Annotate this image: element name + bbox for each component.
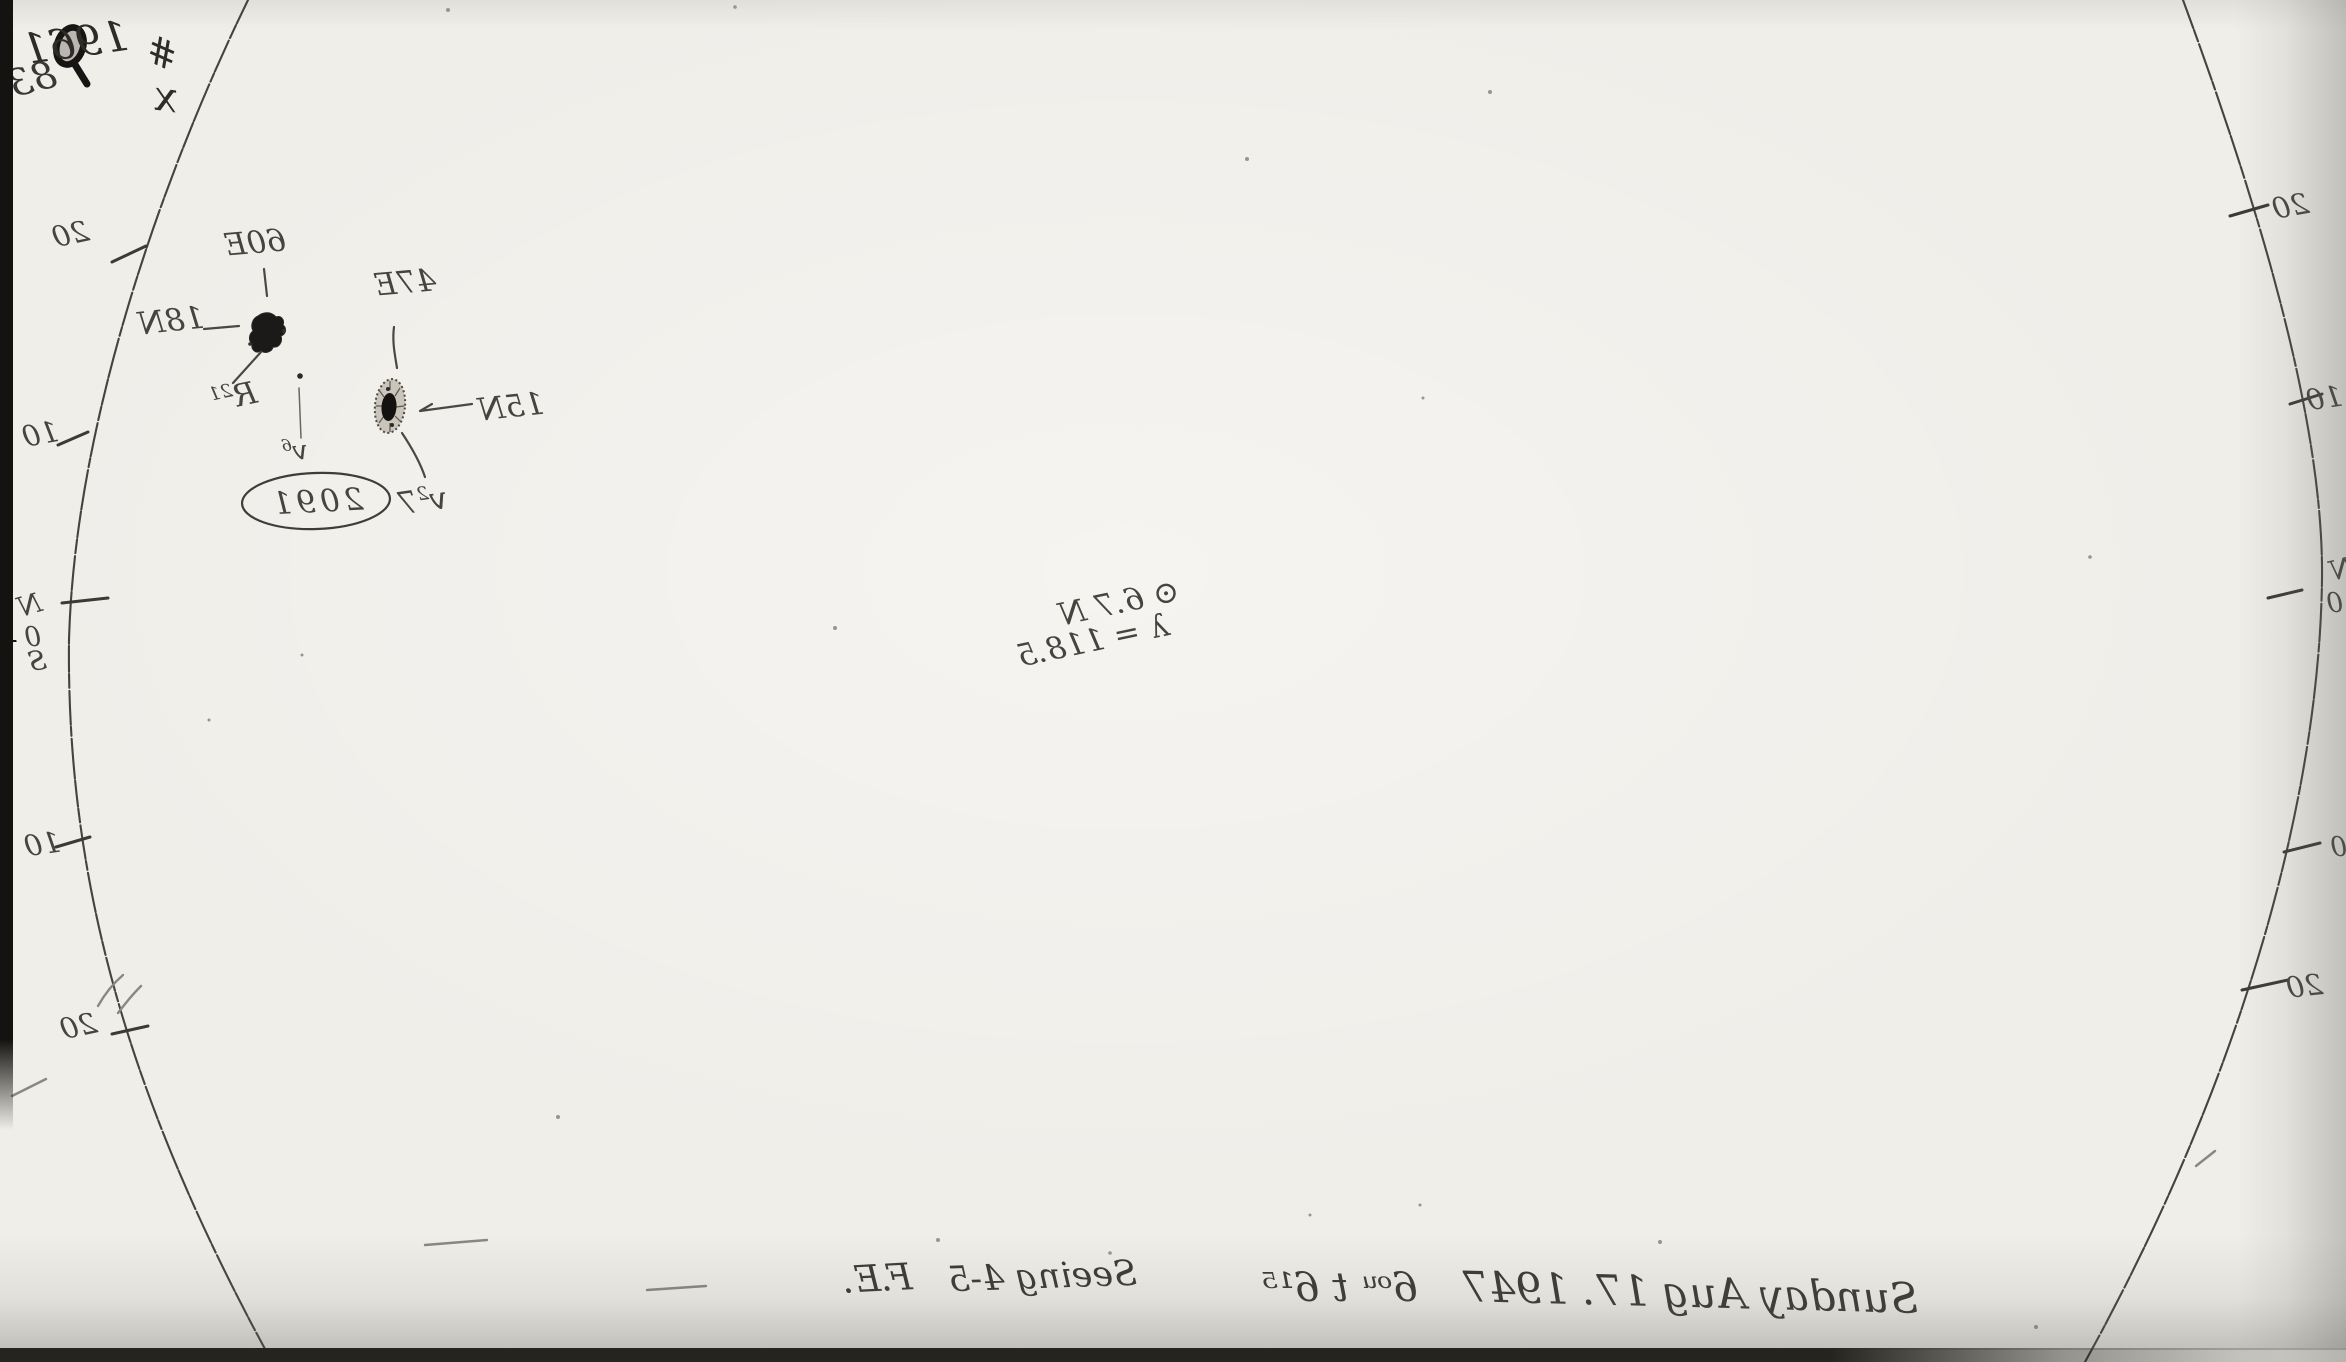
sunspot-a-umbra (249, 313, 285, 353)
group-b-v6-sup: 6 (280, 435, 292, 455)
leader-v6-thin (299, 388, 301, 438)
sunspot-b-dot-top (386, 387, 390, 391)
scan-edge-black-bar (0, 0, 13, 1130)
scanned-solar-drawing-page: 1961 83 # x 20 10 N 0 S E 10 20 20 10 N … (0, 0, 2346, 1362)
scan-shadow-bottom (0, 1235, 2346, 1350)
sunspot-b-dot-bottom (390, 423, 394, 427)
tick-left-20n (112, 246, 146, 262)
group-b-latitude-label: 15N (477, 389, 546, 427)
left-lat-10-north: 10 (20, 417, 61, 452)
smudge-left-lower (98, 975, 123, 1006)
smudge-left-lower-2 (118, 986, 141, 1013)
tick-left-10n (58, 432, 88, 445)
left-lat-20-south: 20 (57, 1008, 99, 1044)
left-lat-10-south: 10 (22, 828, 63, 862)
east-limb-arc (69, 0, 272, 1362)
leader-18N (204, 326, 239, 329)
solar-limb-circle (69, 0, 2322, 1362)
sunspot-group-b (372, 378, 407, 435)
scan-shadow-right (2236, 0, 2346, 1362)
limb-tick-marks (56, 205, 2322, 1034)
left-lat-20-north: 20 (49, 216, 91, 252)
leader-60E (264, 269, 267, 296)
label-leader-lines (204, 269, 472, 477)
sunspot-group-a (248, 313, 286, 353)
group-b-v6-base: v (291, 435, 309, 467)
group-b-longitude-label: 47E (373, 265, 438, 301)
tick-left-0 (62, 598, 108, 603)
sunspot-pore-v6 (297, 373, 303, 379)
tick-left-20s (112, 1026, 148, 1034)
sunspot-a-pore-2 (248, 342, 252, 346)
solar-disk-drawing (0, 0, 2346, 1362)
group-a-longitude-label: 60E (223, 225, 288, 261)
scan-edge-bottom-strip (0, 1348, 2346, 1362)
sunspot-a-pore-1 (282, 329, 286, 333)
leader-15N (420, 404, 472, 411)
tick-right-lower-faint (2196, 1151, 2215, 1166)
group-b-v6-label: v6 (281, 436, 309, 467)
group-a-latitude-label: 18N (137, 303, 206, 341)
leader-v27 (402, 433, 425, 477)
group-number-label: 2091 (267, 485, 364, 521)
leader-47E (393, 327, 397, 368)
group-a-r-sup: 21 (207, 380, 235, 405)
scan-specks (208, 5, 2092, 1329)
group-a-r-label: R21 (207, 377, 260, 417)
group-b-v27-label: v27 (396, 483, 449, 521)
tick-corner-left (12, 1079, 46, 1096)
